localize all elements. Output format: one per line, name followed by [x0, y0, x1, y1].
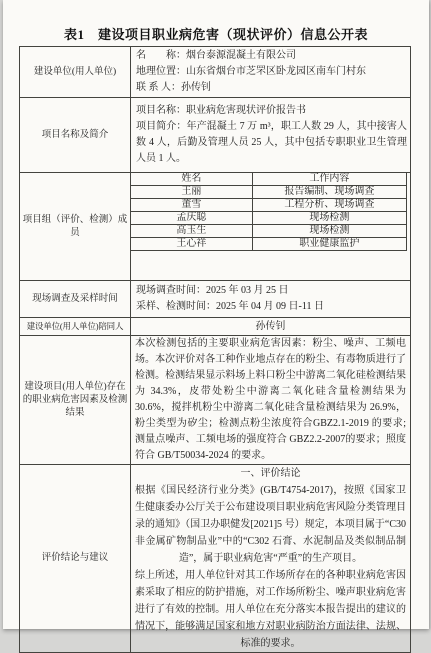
team-members-table: 姓名 工作内容 王丽 报告编制、现场调查 董雪 工程分析、现场调查 — [131, 173, 407, 251]
team-member-row: 王心祥 职业健康监护 — [131, 238, 407, 251]
document-page: 表1 建设项目职业病危害（现状评价）信息公开表 建设单位(用人单位) 名 称：烟… — [3, 0, 429, 629]
info-table: 建设单位(用人单位) 名 称：烟台泰源混凝土有限公司 地理位置：山东省烟台市芝罘… — [19, 46, 411, 653]
row-survey: 现场调查及采样时间 现场调查时间：2025 年 03 月 25 日 采样、检测时… — [20, 281, 411, 318]
team-header-duty: 工作内容 — [252, 173, 406, 186]
survey-row-label: 现场调查及采样时间 — [20, 281, 131, 318]
row-hazards: 建设项目(用人单位)存在的职业病危害因素及检测结果 本次检测包括的主要职业病危害… — [20, 336, 411, 465]
member-name: 高玉生 — [131, 225, 252, 238]
company-row-label: 建设单位(用人单位) — [20, 47, 131, 98]
member-duty: 职业健康监护 — [252, 238, 406, 251]
member-name: 董雪 — [131, 199, 252, 212]
team-member-row: 高玉生 现场检测 — [131, 225, 407, 238]
member-name: 孟庆聪 — [131, 212, 252, 225]
conclusion-row-label: 评价结论与建议 — [20, 465, 131, 653]
sampling-date-line: 采样、检测时间：2025 年 04 月 09 日-11 日 — [136, 299, 407, 315]
member-duty: 报告编制、现场调查 — [252, 186, 406, 199]
project-name-line: 项目名称：职业病危害现状评价报告书 — [136, 103, 407, 119]
member-duty: 工程分析、现场调查 — [252, 199, 406, 212]
survey-times: 现场调查时间：2025 年 03 月 25 日 采样、检测时间：2025 年 0… — [131, 282, 410, 316]
hazards-row-label: 建设项目(用人单位)存在的职业病危害因素及检测结果 — [20, 336, 131, 465]
conclusion-heading: 一、评价结论 — [135, 465, 406, 482]
project-info: 项目名称：职业病危害现状评价报告书 项目简介：年产混凝土 7 万 m³，职工人数… — [131, 102, 410, 168]
conclusion-paragraph-2: 综上所述，用人单位针对其工作场所存在的各种职业病危害因素采取了相应的防护措施，对… — [135, 567, 406, 652]
row-company: 建设单位(用人单位) 名 称：烟台泰源混凝土有限公司 地理位置：山东省烟台市芝罘… — [20, 47, 411, 98]
team-header-row: 姓名 工作内容 — [131, 173, 407, 186]
row-project: 项目名称及简介 项目名称：职业病危害现状评价报告书 项目简介：年产混凝土 7 万… — [20, 98, 411, 173]
hazards-result-text: 本次检测包括的主要职业病危害因素：粉尘、噪声、工频电场。本次评价对各工种作业地点… — [131, 336, 411, 465]
project-intro-text: 项目简介：年产混凝土 7 万 m³，职工人数 29 人，其中接害人数 4 人，后… — [136, 119, 407, 167]
survey-date-line: 现场调查时间：2025 年 03 月 25 日 — [136, 283, 407, 299]
member-duty: 现场检测 — [252, 212, 406, 225]
row-escort: 建设单位(用人单位)陪同人 孙传钊 — [20, 318, 411, 336]
row-team: 项目组（评价、检测）成员 姓名 工作内容 王丽 报告编制、现场调查 — [20, 173, 411, 281]
project-row-label: 项目名称及简介 — [20, 98, 131, 173]
team-member-row: 董雪 工程分析、现场调查 — [131, 199, 407, 212]
company-location-line: 地理位置：山东省烟台市芝罘区卧龙园区南车门村东 — [136, 64, 407, 80]
team-member-row: 孟庆聪 现场检测 — [131, 212, 407, 225]
team-member-row: 王丽 报告编制、现场调查 — [131, 186, 407, 199]
row-conclusion: 评价结论与建议 一、评价结论 根据《国民经济行业分类》(GB/T4754-201… — [20, 465, 411, 653]
company-info: 名 称：烟台泰源混凝土有限公司 地理位置：山东省烟台市芝罘区卧龙园区南车门村东 … — [131, 47, 410, 97]
page-title: 表1 建设项目职业病危害（现状评价）信息公开表 — [3, 24, 429, 43]
company-name-line: 名 称：烟台泰源混凝土有限公司 — [136, 48, 407, 64]
member-name: 王丽 — [131, 186, 252, 199]
conclusion-paragraph-1: 根据《国民经济行业分类》(GB/T4754-2017)，按照《国家卫生健康委办公… — [135, 482, 406, 567]
company-contact-line: 联 系 人：孙传钊 — [136, 80, 407, 96]
member-duty: 现场检测 — [252, 225, 406, 238]
escort-row-label: 建设单位(用人单位)陪同人 — [20, 318, 131, 336]
escort-name: 孙传钊 — [131, 318, 411, 336]
team-row-label: 项目组（评价、检测）成员 — [20, 173, 131, 281]
member-name: 王心祥 — [131, 238, 252, 251]
team-header-name: 姓名 — [131, 173, 252, 186]
